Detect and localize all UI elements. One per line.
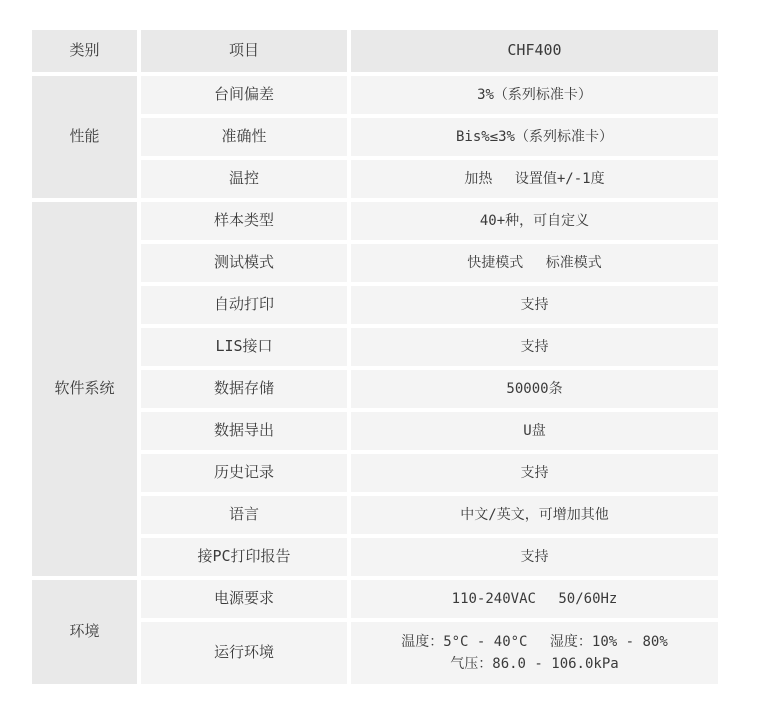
value-cell: U盘 [351, 412, 718, 450]
value-cell: 支持 [351, 286, 718, 324]
page: 类别 项目 CHF400 性能 台间偏差 3%（系列标准卡） 准确性 Bis%≤… [0, 0, 757, 714]
value-cell: 温度：5°C - 40°C 湿度：10% - 80% 气压：86.0 - 106… [351, 622, 718, 684]
item-cell: 电源要求 [141, 580, 347, 618]
item-cell: 准确性 [141, 118, 347, 156]
item-cell: 历史记录 [141, 454, 347, 492]
item-cell: 自动打印 [141, 286, 347, 324]
item-cell: 台间偏差 [141, 76, 347, 114]
header-product-cell: CHF400 [351, 30, 718, 72]
value-cell: Bis%≤3%（系列标准卡） [351, 118, 718, 156]
header-item-cell: 项目 [141, 30, 347, 72]
header-category-cell: 类别 [32, 30, 137, 72]
item-cell: 数据存储 [141, 370, 347, 408]
value-cell: 支持 [351, 328, 718, 366]
item-cell: LIS接口 [141, 328, 347, 366]
value-cell: 快捷模式 标准模式 [351, 244, 718, 282]
value-cell: 3%（系列标准卡） [351, 76, 718, 114]
category-cell-environment: 环境 [32, 580, 137, 684]
spec-table: 类别 项目 CHF400 性能 台间偏差 3%（系列标准卡） 准确性 Bis%≤… [32, 30, 718, 684]
value-cell: 110-240VAC 50/60Hz [351, 580, 718, 618]
category-cell-performance: 性能 [32, 76, 137, 198]
value-cell: 加热 设置值+/-1度 [351, 160, 718, 198]
value-cell: 50000条 [351, 370, 718, 408]
value-cell: 40+种，可自定义 [351, 202, 718, 240]
item-cell: 运行环境 [141, 622, 347, 684]
item-cell: 数据导出 [141, 412, 347, 450]
value-cell: 支持 [351, 538, 718, 576]
item-cell: 测试模式 [141, 244, 347, 282]
item-cell: 语言 [141, 496, 347, 534]
item-cell: 温控 [141, 160, 347, 198]
category-cell-software: 软件系统 [32, 202, 137, 576]
item-cell: 接PC打印报告 [141, 538, 347, 576]
value-cell: 中文/英文，可增加其他 [351, 496, 718, 534]
item-cell: 样本类型 [141, 202, 347, 240]
value-cell: 支持 [351, 454, 718, 492]
